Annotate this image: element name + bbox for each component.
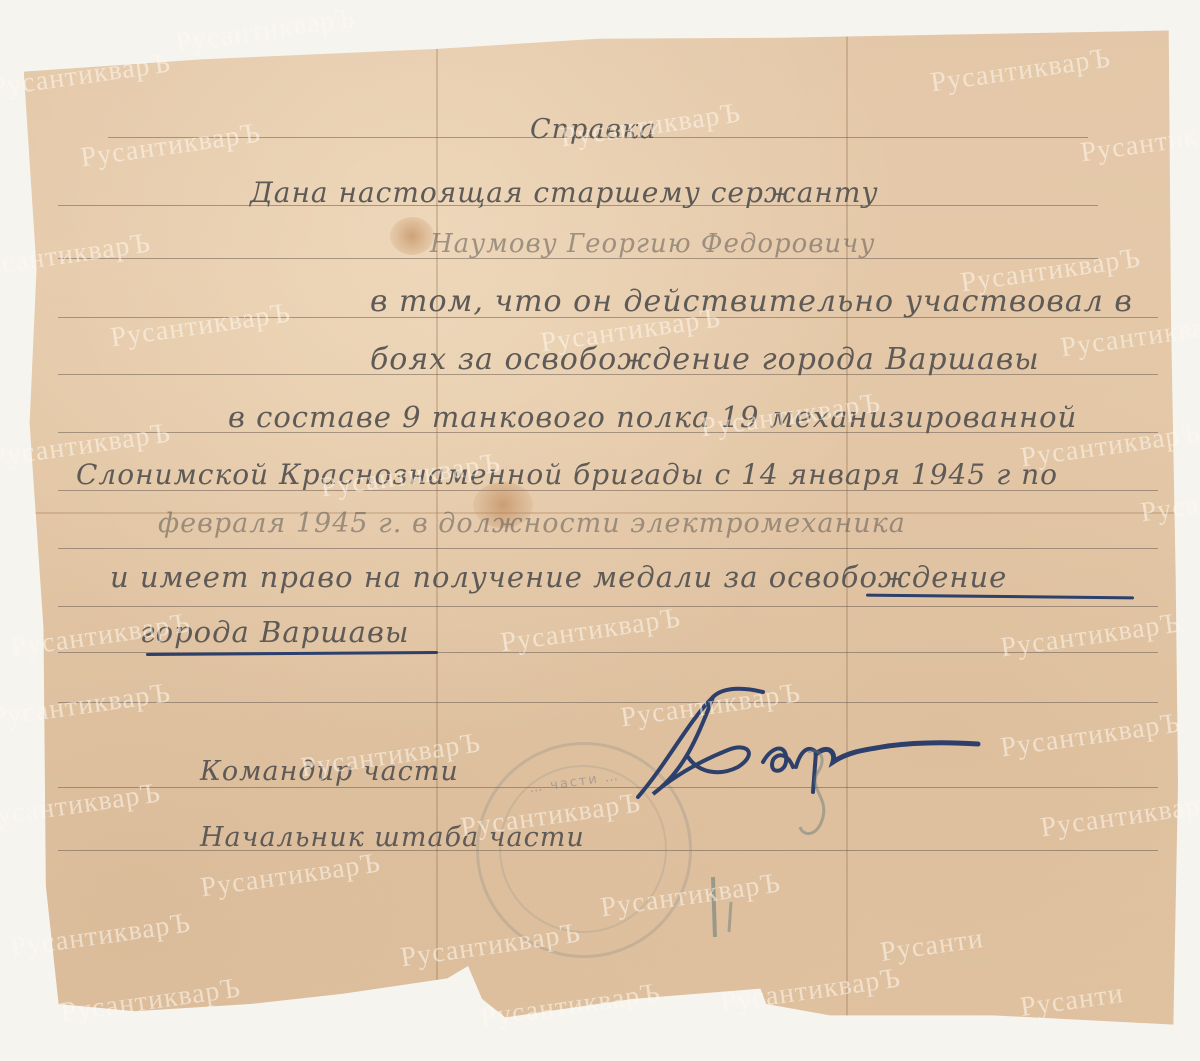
pencil-annotation [703,872,763,952]
ink-underline-goroda-varshavy [146,651,438,656]
pencil-annotation [788,742,848,852]
document-line-5: в составе 9 танкового полка 19 механизир… [228,400,1077,434]
document-title: Справка [530,114,656,145]
ruled-line [58,606,1158,607]
document-line-3: в том, что он действительно участвовал в [370,284,1133,319]
commander-label: Командир части [200,756,459,787]
ruled-line [58,702,1158,703]
document-sheet: … части … Справка Дана настоящая старшем… [18,12,1178,1040]
chief-of-staff-label: Начальник штаба части [200,822,585,853]
ink-underline-za-osvobozhdenie [866,594,1134,600]
document-line-7-faded: февраля 1945 г. в должности электромехан… [158,508,906,539]
document-line-1: Дана настоящая старшему сержанту [250,176,879,209]
document-line-9: города Варшавы [140,615,409,649]
water-stain [390,217,434,255]
document-line-8: и имеет право на получение медали за осв… [110,560,1007,594]
recipient-name-line: Наумову Георгию Федоровичу [430,229,875,259]
watermark: РусантикварЪ [174,3,358,60]
ruled-line [58,548,1158,549]
document-line-6: Слонимской Краснознаменной бригады с 14 … [76,458,1058,491]
document-line-4: боях за освобождение города Варшавы [370,342,1040,377]
